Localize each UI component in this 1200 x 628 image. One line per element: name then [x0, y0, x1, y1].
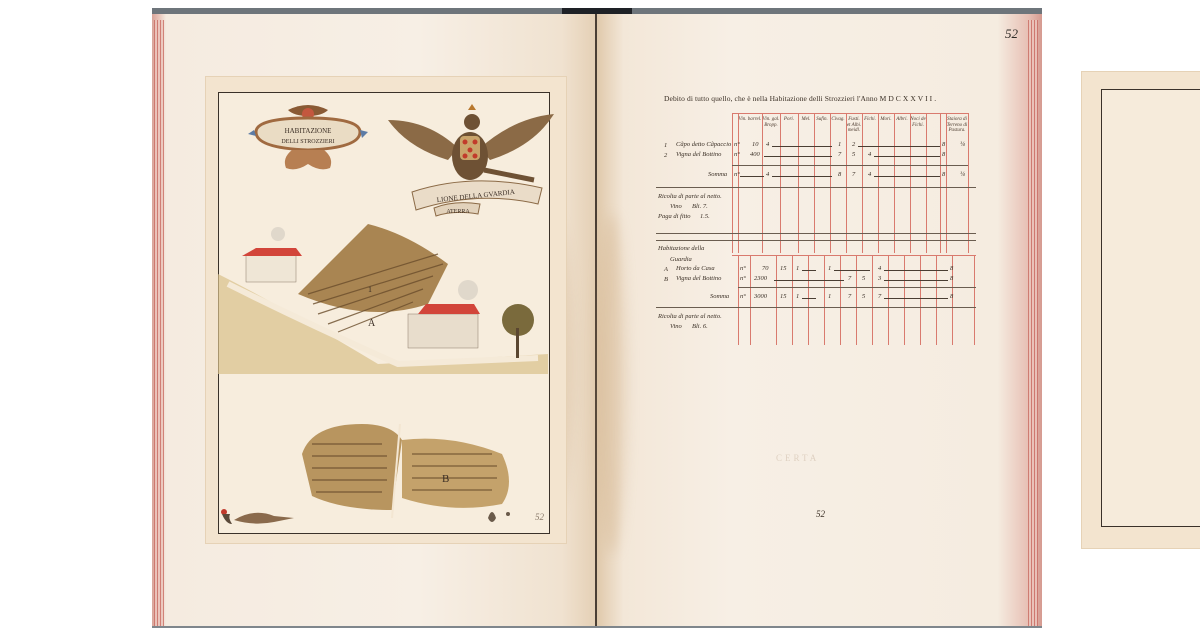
row-unit: n°: [734, 141, 740, 148]
row-unit: n°: [740, 293, 746, 300]
eagle-coat-of-arms: LIONE DELLA GVARDIA ATERRA: [388, 100, 554, 220]
animal-vignettes: [218, 500, 548, 532]
red-column-rule: [830, 113, 831, 253]
cell-value: 8: [950, 265, 953, 272]
red-column-rule: [946, 113, 947, 253]
ledger-dash: [884, 280, 948, 281]
ledger-dash: [774, 280, 844, 281]
row-unit: n°: [734, 151, 740, 158]
sum-label: Somma: [710, 293, 729, 300]
ledger-dash: [740, 176, 764, 177]
red-column-rule: [856, 255, 857, 345]
sum-rule: [732, 165, 968, 166]
ledger-dash: [884, 298, 948, 299]
cell-value: ¼: [960, 171, 965, 178]
row-number: A: [664, 266, 668, 273]
cell-value: 400: [750, 151, 760, 158]
red-column-rule: [910, 113, 911, 253]
cell-value: 7: [848, 275, 851, 282]
cell-value: 15: [780, 265, 787, 272]
red-column-rule: [936, 255, 937, 345]
ledger-document: Debito di tutto quello, che è nella Habi…: [656, 83, 989, 519]
column-header: Noci de Fichi.: [910, 117, 926, 128]
red-column-rule: [798, 113, 799, 253]
cell-value: 70: [762, 265, 769, 272]
section-rule: [656, 240, 976, 241]
bleed-through-text: CERTA: [776, 453, 819, 463]
cartouche-text-1: HABITAZIONE: [285, 127, 332, 135]
section-rule: [656, 307, 976, 308]
row-number: 1: [664, 142, 667, 149]
rent-label: Paga di fitto: [658, 213, 691, 220]
cell-value: 4: [766, 141, 769, 148]
red-column-rule: [974, 255, 975, 345]
cell-value: 1: [796, 293, 799, 300]
cell-value: 15: [780, 293, 787, 300]
wine-value: Bli. 6.: [692, 323, 708, 330]
cartouche-text-2: DELLI STROZZIERI: [281, 139, 334, 145]
row-number: 2: [664, 152, 667, 159]
wine-label: Vino: [670, 323, 682, 330]
header-rule: [732, 113, 968, 114]
column-header: Vin. barrel.: [738, 117, 762, 123]
field-label-1: 1: [368, 285, 372, 294]
corner-page-number: 52: [1005, 26, 1018, 42]
column-header: Albri.: [894, 117, 910, 123]
wine-label: Vino: [670, 203, 682, 210]
ledger-title: Debito di tutto quello, che è nella Habi…: [664, 94, 936, 103]
harvest-label: Ricolta di parte al netto.: [658, 193, 722, 200]
red-column-rule: [894, 113, 895, 253]
cell-value: 7: [848, 293, 851, 300]
ledger-dash: [802, 270, 816, 271]
cell-value: 4: [766, 171, 769, 178]
ledger-dash: [834, 270, 870, 271]
cell-value: 3000: [754, 293, 767, 300]
red-column-rule: [776, 255, 777, 345]
cell-value: 1: [828, 265, 831, 272]
section-heading: Habitazione della: [658, 245, 704, 252]
red-column-rule: [738, 113, 739, 253]
section-heading: Guardia: [670, 256, 692, 263]
harvest-label: Ricolta di parte al netto.: [658, 313, 722, 320]
row-unit: n°: [740, 275, 746, 282]
red-column-rule: [862, 113, 863, 253]
red-column-rule: [762, 113, 763, 253]
column-header: Sufin.: [814, 117, 830, 123]
red-column-rule: [920, 255, 921, 345]
stain: [597, 214, 627, 554]
cell-value: 4: [878, 265, 881, 272]
red-column-rule: [780, 113, 781, 253]
ledger-dash: [764, 156, 832, 157]
red-column-rule: [968, 113, 969, 253]
red-column-rule: [926, 113, 927, 253]
sum-rule: [738, 287, 976, 288]
cell-value: 8: [838, 171, 841, 178]
cell-value: 1: [838, 141, 841, 148]
red-column-rule: [872, 255, 873, 345]
row-number: B: [664, 276, 668, 283]
red-column-rule: [888, 255, 889, 345]
left-page: HABITAZIONE DELLI STROZZIERI LIONE DELLA…: [152, 14, 597, 626]
cell-value: 4: [868, 151, 871, 158]
row-unit: n°: [734, 171, 740, 178]
sum-label: Somma: [708, 171, 727, 178]
row-name: Horto da Casa: [676, 265, 715, 272]
cell-value: 1: [828, 293, 831, 300]
row-unit: n°: [740, 265, 746, 272]
red-column-rule: [846, 113, 847, 253]
bottom-page-number: 52: [816, 509, 825, 519]
field-label-b: B: [442, 473, 449, 485]
cell-value: 3: [878, 275, 881, 282]
column-header: Mel.: [798, 117, 814, 123]
ledger-dash: [772, 146, 832, 147]
red-column-rule: [750, 255, 751, 345]
red-column-rule: [878, 113, 879, 253]
cell-value: 2300: [754, 275, 767, 282]
cell-value: 4: [868, 171, 871, 178]
row-name: Vigna del Bottino: [676, 275, 721, 282]
ledger-dash: [858, 146, 940, 147]
cell-value: 5: [862, 293, 865, 300]
column-header: Pori.: [780, 117, 798, 123]
section-rule: [656, 233, 976, 234]
red-column-rule: [940, 113, 941, 253]
ledger-dash: [884, 270, 948, 271]
cell-value: 1: [796, 265, 799, 272]
rent-value: 1.5.: [700, 213, 710, 220]
red-column-rule: [840, 255, 841, 345]
ledger-dash: [772, 176, 832, 177]
cell-value: 7: [878, 293, 881, 300]
red-column-rule: [814, 113, 815, 253]
wine-value: Bli. 7.: [692, 203, 708, 210]
cell-value: 8: [942, 141, 945, 148]
header-rule: [732, 255, 976, 256]
red-column-rule: [732, 113, 733, 253]
cell-value: 7: [838, 151, 841, 158]
cell-value: 8: [950, 275, 953, 282]
red-column-rule: [792, 255, 793, 345]
cell-value: 2: [852, 141, 855, 148]
page-edge-red: [154, 20, 164, 626]
red-column-rule: [824, 255, 825, 345]
left-folio-number: 52: [535, 512, 544, 522]
column-header: Civag.: [830, 117, 846, 123]
ledger-frame: [1101, 89, 1200, 527]
cell-value: 5: [862, 275, 865, 282]
red-column-rule: [738, 255, 739, 345]
landscape-illustration: 1 A: [218, 214, 548, 374]
cell-value: 8: [942, 171, 945, 178]
column-header: Vin. gal. Bropp.: [762, 117, 780, 128]
section-rule: [656, 187, 976, 188]
column-header: Staiora di Terreno di Pastura.: [946, 117, 968, 134]
cell-value: 10: [752, 141, 759, 148]
ledger-dash: [802, 298, 816, 299]
field-label-a: A: [368, 318, 376, 329]
row-name: Cãpo detto Cãpaccio: [676, 141, 731, 148]
cartouche-title: HABITAZIONE DELLI STROZZIERI: [248, 102, 368, 174]
ledger-dash: [874, 176, 940, 177]
cell-value: 8: [942, 151, 945, 158]
cell-value: ¼: [960, 141, 965, 148]
column-header: Mori.: [878, 117, 894, 123]
cell-value: 5: [852, 151, 855, 158]
page-edge-red: [1028, 20, 1038, 626]
cell-value: 7: [852, 171, 855, 178]
red-column-rule: [808, 255, 809, 345]
row-name: Vigna del Bottino: [676, 151, 721, 158]
cell-value: 8: [950, 293, 953, 300]
column-header: Fusti. et Albi. meidl.: [846, 117, 862, 134]
red-column-rule: [904, 255, 905, 345]
ledger-dash: [874, 156, 940, 157]
column-header: Fichi.: [862, 117, 878, 123]
